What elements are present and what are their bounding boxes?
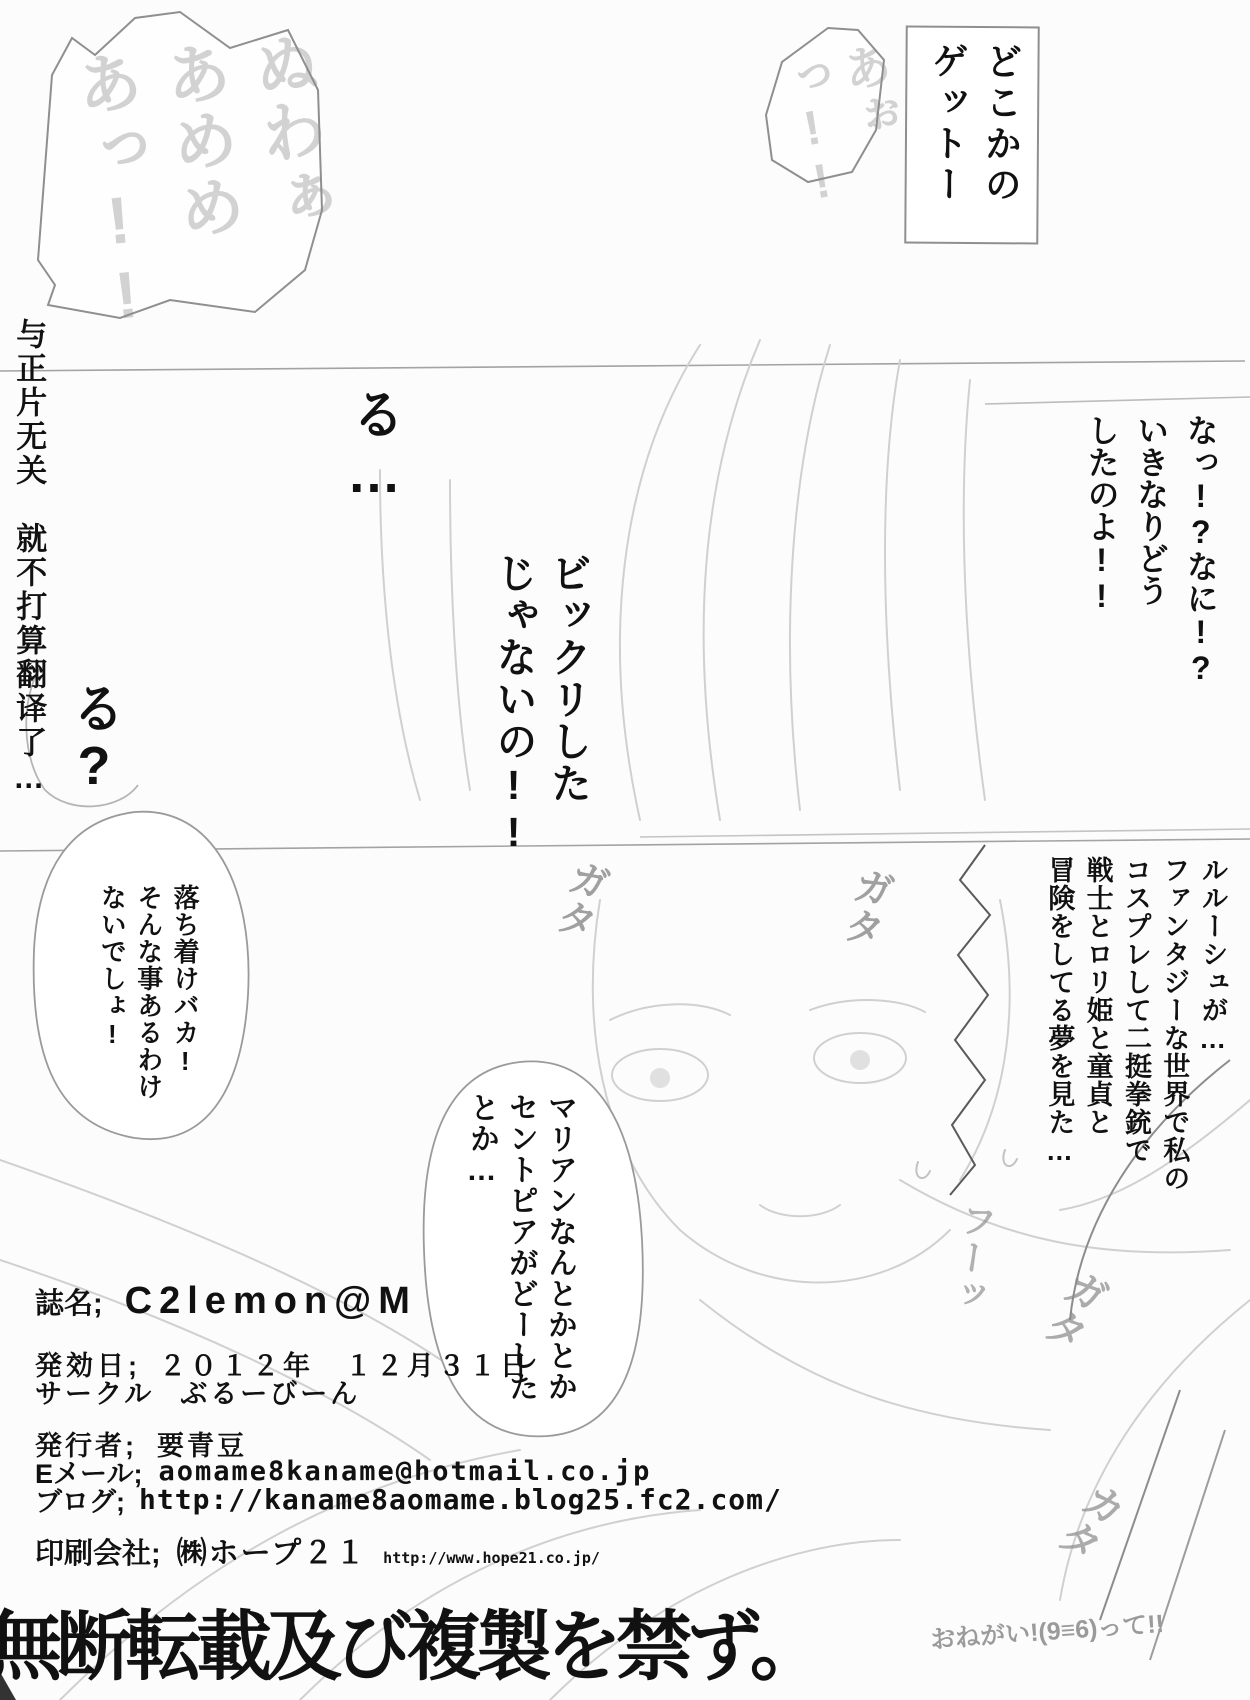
printer-url: http://www.hope21.co.jp/ bbox=[383, 1549, 600, 1572]
colophon-blog-line: ブログ; http://kaname8aomame.blog25.fc2.com… bbox=[35, 1480, 782, 1519]
colophon-circle-line: サークル ぶるーびーん bbox=[35, 1372, 360, 1411]
title-value: C2lemon@M bbox=[125, 1280, 417, 1323]
panel-borders bbox=[0, 361, 1250, 851]
title-label: 誌名; bbox=[35, 1281, 103, 1322]
speech-dream-monologue: ルルーシュが… ファンタジーな世界で私の コスプレして二挺拳銃で 戦士とロリ姫と… bbox=[1040, 856, 1232, 1192]
caption-text: どこかの ゲットー bbox=[918, 42, 1027, 243]
colophon-title-line: 誌名; C2lemon@M bbox=[35, 1280, 417, 1323]
no-reproduction-notice: 無断転載及び複製を禁ず。 bbox=[0, 1586, 820, 1695]
speech-calm-down: 落ち着けバカ! そんな事あるわけ ないでしょ! bbox=[94, 884, 203, 1100]
scream-scribble: ぬわぁ あめめ あっ!! bbox=[56, 27, 352, 337]
translator-margin-note: 与正片无关 就不打算翻译了… bbox=[10, 318, 47, 798]
printer-label: 印刷会社; bbox=[35, 1531, 161, 1572]
blog-value: http://kaname8aomame.blog25.fc2.com/ bbox=[139, 1483, 782, 1516]
speech-startled: ビックリした じゃないの!! bbox=[486, 552, 595, 856]
manga-page: どこかの ゲットー ぬわぁ あめめ あっ!! あぉ っ!! 与正片无关 就不打算… bbox=[0, 0, 1250, 1700]
colophon-printer-line: 印刷会社; ㈱ホープ２１ http://www.hope21.co.jp/ bbox=[35, 1528, 600, 1572]
speech-ru-question: る? bbox=[56, 680, 133, 798]
blog-label: ブログ; bbox=[35, 1480, 125, 1519]
caption-box: どこかの ゲットー bbox=[904, 26, 1040, 245]
speech-ru-trailing: る… bbox=[336, 386, 413, 508]
speech-surprise: なっ!?なに!? いきなりどう したのよ!! bbox=[1076, 414, 1225, 686]
printer-name: ㈱ホープ２１ bbox=[177, 1528, 368, 1572]
circle-value: ぶるーびーん bbox=[180, 1372, 360, 1411]
circle-label: サークル bbox=[35, 1372, 154, 1411]
